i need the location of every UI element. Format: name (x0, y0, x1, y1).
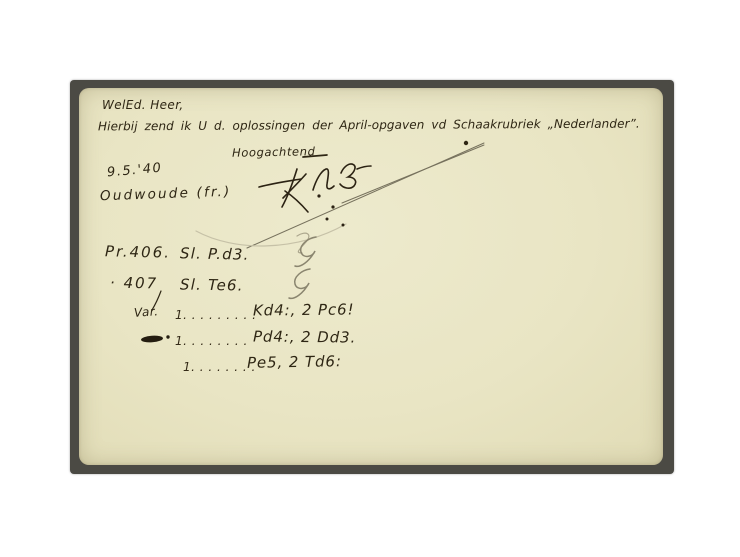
closing-text: Hoogachtend (232, 145, 316, 159)
body-text: Hierbij zend ik U d. oplossingen der Apr… (98, 118, 640, 134)
salutation-text: WelEd. Heer, (102, 99, 184, 112)
solution-row-key-move: Sl. P.d3. (180, 245, 250, 263)
postcard: WelEd. Heer, Hierbij zend ik U d. oploss… (79, 88, 663, 465)
place-text: Oudwoude (fr.) (100, 185, 232, 204)
variation-continuation: Pd4:, 2 Dd3. (253, 328, 356, 346)
variation-move-leader: 1. . . . . . . . (175, 335, 248, 348)
variations-label: Var. (134, 305, 159, 320)
variation-move-leader: 1. . . . . . . . . (175, 309, 256, 322)
date-text: 9.5.'40 (106, 162, 162, 181)
scanned-postcard-photo: WelEd. Heer, Hierbij zend ik U d. oploss… (0, 0, 740, 557)
variation-move-leader: 1. . . . . . . . (183, 361, 256, 374)
variation-continuation: Kd4:, 2 Pc6! (253, 301, 355, 319)
solution-row-problem-number: Pr.406. (105, 243, 171, 261)
variation-continuation: Pe5, 2 Td6: (247, 353, 342, 371)
solution-row-key-move: Sl. Te6. (180, 276, 244, 294)
solution-row-problem-number: · 407 (110, 275, 158, 292)
